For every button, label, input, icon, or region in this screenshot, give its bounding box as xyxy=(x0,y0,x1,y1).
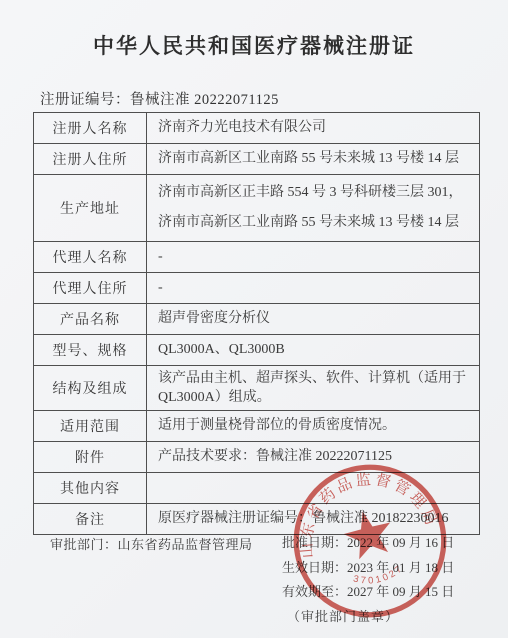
row-label: 其他内容 xyxy=(34,473,147,504)
row-label: 适用范围 xyxy=(34,411,147,442)
row-label: 代理人名称 xyxy=(34,242,147,273)
table-row: 附件 产品技术要求：鲁械注准 20222071125 xyxy=(34,442,480,473)
table-row: 注册人住所 济南市高新区工业南路 55 号未来城 13 号楼 14 层 xyxy=(34,144,480,175)
table-row: 其他内容 xyxy=(34,473,480,504)
row-label: 产品名称 xyxy=(34,304,147,335)
row-value: 产品技术要求：鲁械注准 20222071125 xyxy=(147,442,480,473)
row-label: 代理人住所 xyxy=(34,273,147,304)
effective-date: 生效日期：2023 年 01 月 18 日 xyxy=(282,556,454,581)
seal-note: （审批部门盖章） xyxy=(282,605,454,630)
row-label: 注册人名称 xyxy=(34,113,147,144)
table-row: 适用范围 适用于测量桡骨部位的骨质密度情况。 xyxy=(34,411,480,442)
row-label: 附件 xyxy=(34,442,147,473)
row-value: 该产品由主机、超声探头、软件、计算机（适用于QL3000A）组成。 xyxy=(147,366,480,411)
row-label: 结构及组成 xyxy=(34,366,147,411)
row-value xyxy=(147,473,480,504)
approval-date: 批准日期：2022 年 09 月 16 日 xyxy=(282,531,454,556)
table-row: 型号、规格 QL3000A、QL3000B xyxy=(34,335,480,366)
row-value: - xyxy=(147,273,480,304)
row-value: QL3000A、QL3000B xyxy=(147,335,480,366)
table-row: 注册人名称 济南齐力光电技术有限公司 xyxy=(34,113,480,144)
certificate-page: 中华人民共和国医疗器械注册证 注册证编号：鲁械注准 20222071125 注册… xyxy=(0,0,508,638)
table-row: 结构及组成 该产品由主机、超声探头、软件、计算机（适用于QL3000A）组成。 xyxy=(34,366,480,411)
table-row: 产品名称 超声骨密度分析仪 xyxy=(34,304,480,335)
row-value: 济南市高新区工业南路 55 号未来城 13 号楼 14 层 xyxy=(147,144,480,175)
certificate-table: 注册人名称 济南齐力光电技术有限公司 注册人住所 济南市高新区工业南路 55 号… xyxy=(33,112,480,535)
row-label: 备注 xyxy=(34,504,147,535)
row-value: 济南齐力光电技术有限公司 xyxy=(147,113,480,144)
row-label: 注册人住所 xyxy=(34,144,147,175)
row-label: 型号、规格 xyxy=(34,335,147,366)
table-row: 备注 原医疗器械注册证编号：鲁械注准 20182230016 xyxy=(34,504,480,535)
row-value: 适用于测量桡骨部位的骨质密度情况。 xyxy=(147,411,480,442)
registration-number-line: 注册证编号：鲁械注准 20222071125 xyxy=(40,88,279,109)
expiry-date: 有效期至：2027 年 09 月 15 日 xyxy=(282,580,454,605)
row-value: 原医疗器械注册证编号：鲁械注准 20182230016 xyxy=(147,504,480,535)
row-value: 济南市高新区正丰路 554 号 3 号科研楼三层 301，济南市高新区工业南路 … xyxy=(147,175,480,242)
table-row: 代理人住所 - xyxy=(34,273,480,304)
row-value: 超声骨密度分析仪 xyxy=(147,304,480,335)
table-row: 代理人名称 - xyxy=(34,242,480,273)
registration-number-label: 注册证编号： xyxy=(40,92,130,108)
row-label: 生产地址 xyxy=(34,175,147,242)
row-value: - xyxy=(147,242,480,273)
registration-number-value: 鲁械注准 20222071125 xyxy=(130,92,279,108)
footer-dates: 批准日期：2022 年 09 月 16 日 生效日期：2023 年 01 月 1… xyxy=(282,531,454,629)
table-row: 生产地址 济南市高新区正丰路 554 号 3 号科研楼三层 301，济南市高新区… xyxy=(34,175,480,242)
approval-department: 审批部门：山东省药品监督管理局 xyxy=(50,534,253,553)
certificate-title: 中华人民共和国医疗器械注册证 xyxy=(0,30,508,60)
